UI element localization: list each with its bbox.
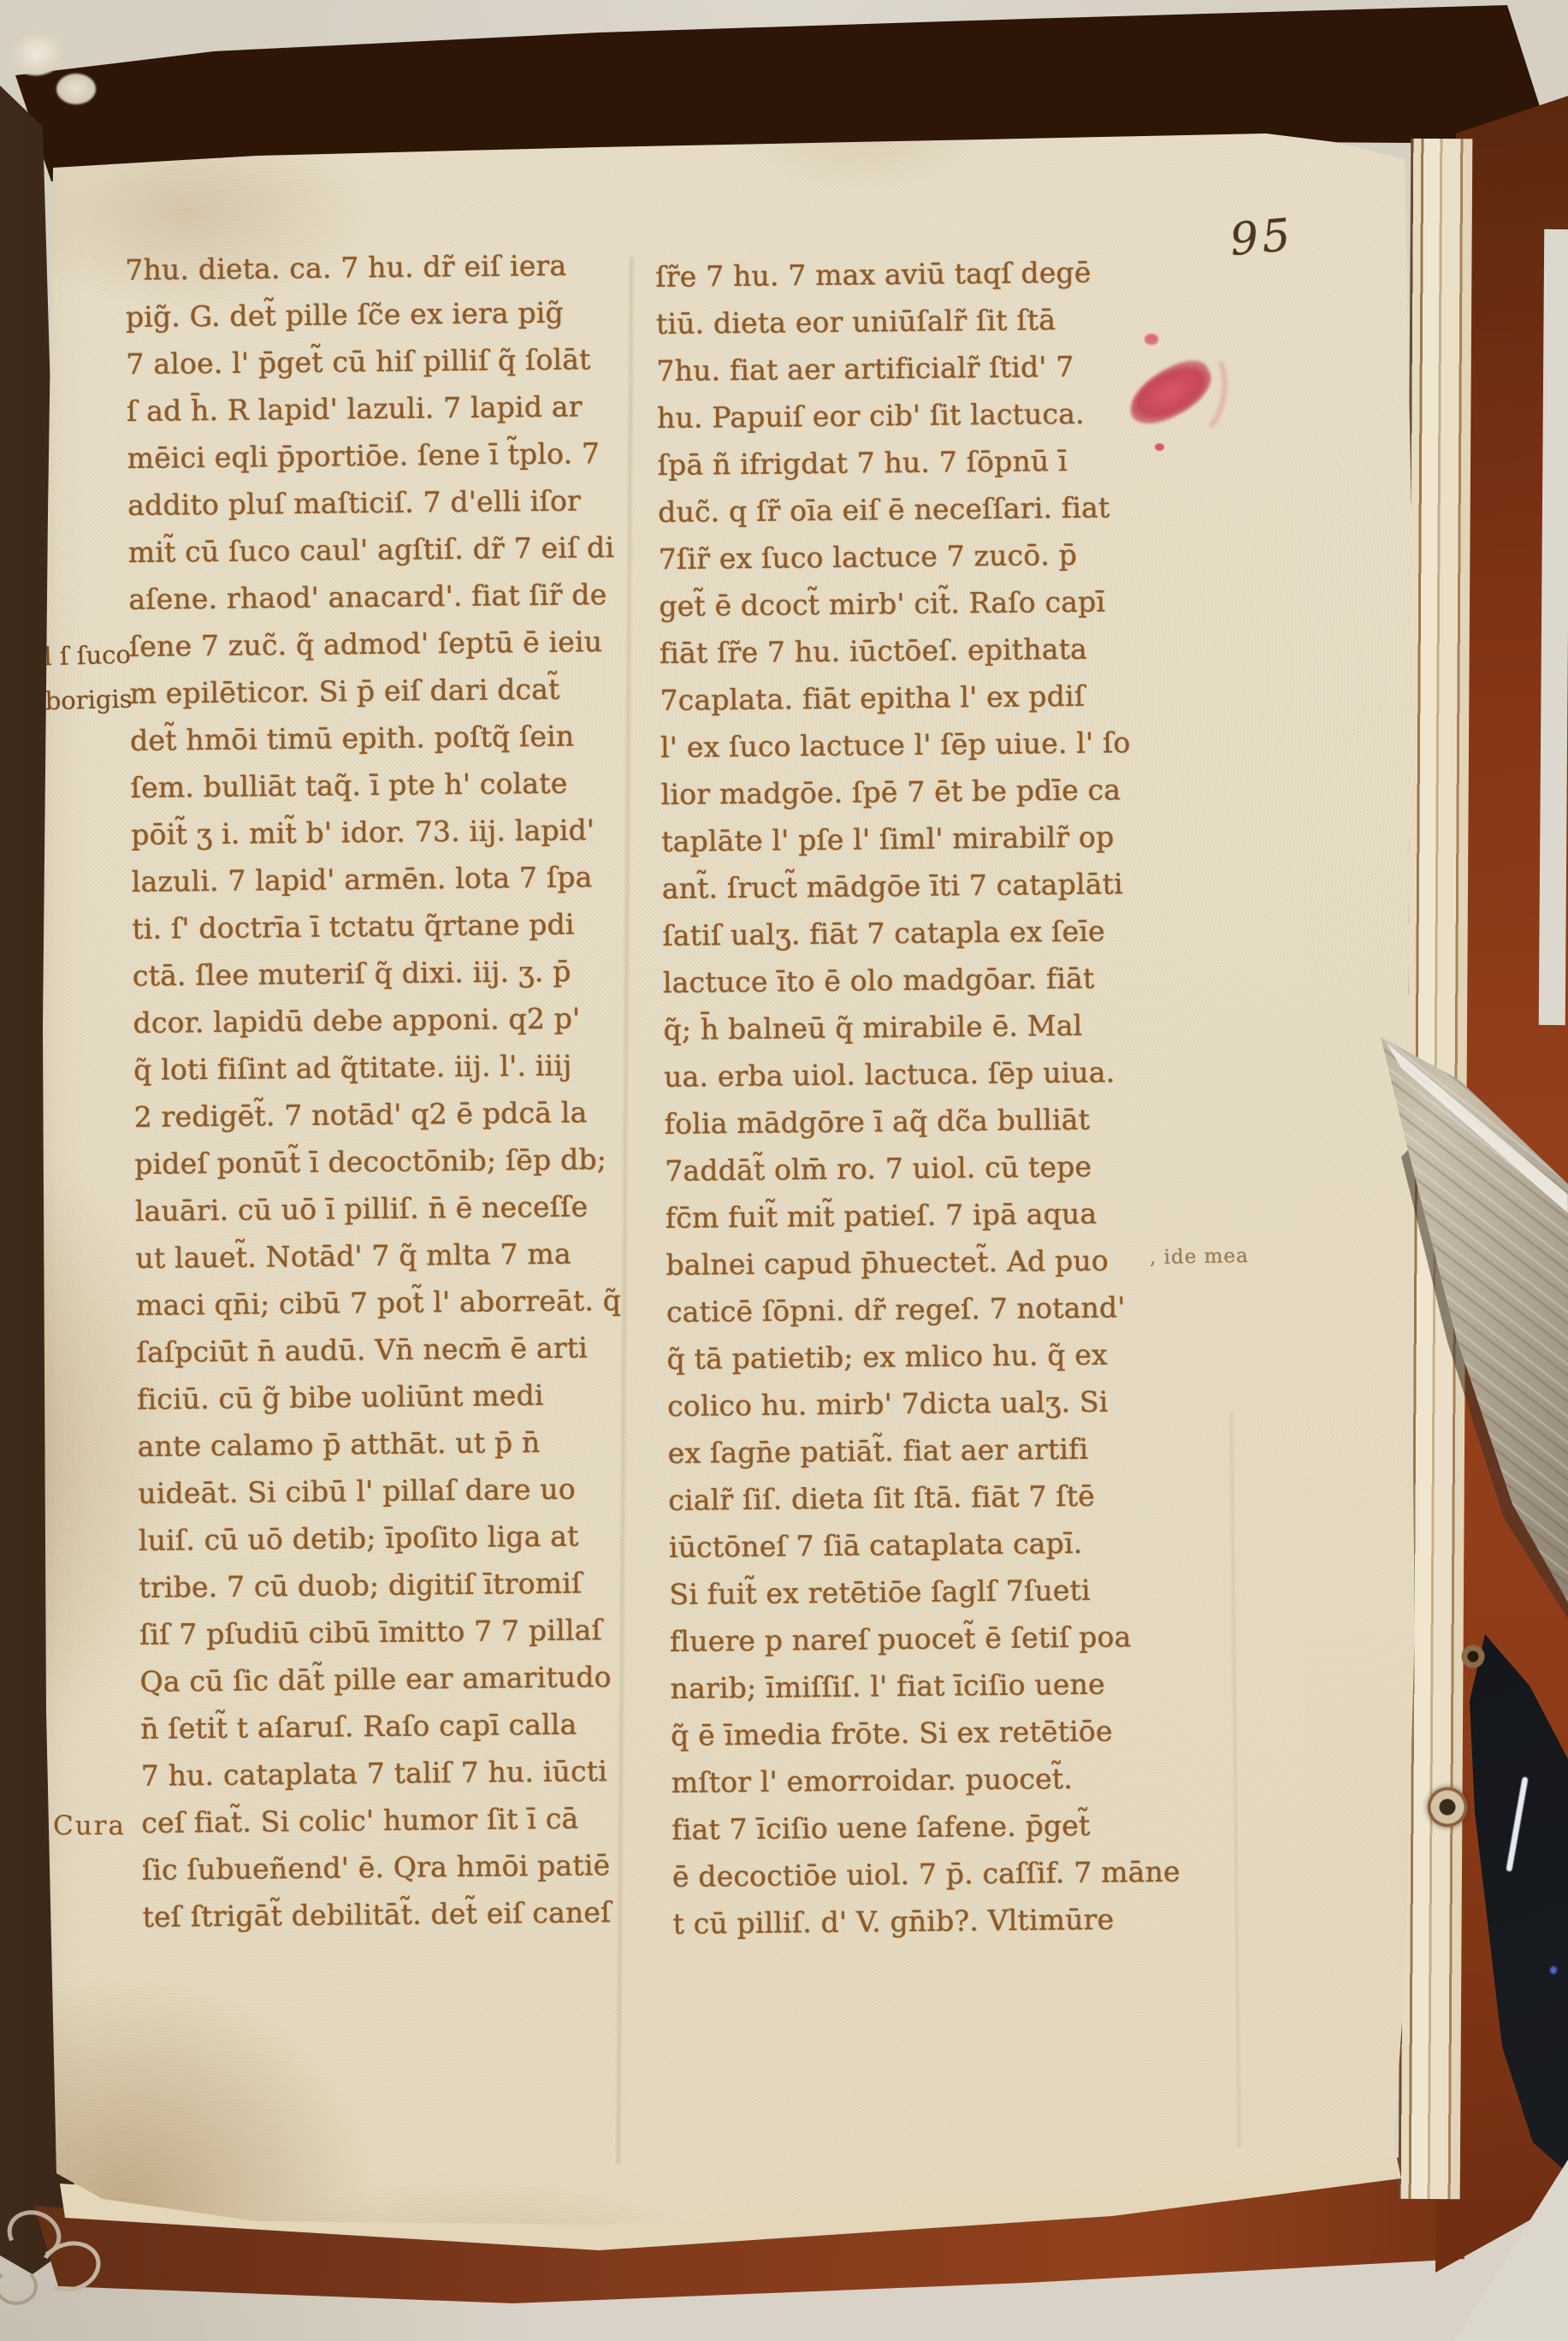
text-line: ctā. ſlee muteriſ q̃ dixi. iij. ʒ. p̄ <box>133 947 659 999</box>
text-line: borigis <box>44 677 133 724</box>
text-line: det̃ hmōi timū epith. poſtq̃ ſein <box>130 712 656 764</box>
manuscript-photograph: 7hu. dieta. ca. 7 hu. dr̃ eiſ ierapig̃. … <box>0 0 1568 2341</box>
text-line: mſtor l' emorroidar. puocet̃. <box>671 1753 1226 1806</box>
text-line: pideſ ponūt̃ ī decoctōnib; ſēp db; <box>134 1135 660 1188</box>
text-line: ſatiſ ualʒ. fiāt 7 catapla ex ſeīe <box>662 906 1217 959</box>
text-line: n̄ ſetit̃ t aſaruſ. Raſo capī calla <box>140 1699 666 1751</box>
text-line: 7 aloe. l' p̄get̃ cū hiſ pilliſ q̃ ſolāt <box>126 335 652 388</box>
text-line: ſaſpciūt n̄ audū. Vn̄ necm̄ ē arti <box>136 1324 662 1376</box>
binding-eyelet-small <box>1459 1643 1487 1670</box>
cloth-scrap <box>56 74 96 104</box>
text-line: teſ ſtrigāt̃ debilitāt̃. det̃ eiſ caneſ <box>142 1888 668 1940</box>
strap-glint-blue <box>1550 1966 1557 1974</box>
text-line: fluere p nareſ puocet̃ ē ſetiſ poa <box>670 1612 1225 1665</box>
red-smudge-dot <box>1155 443 1164 451</box>
text-line: ſic ſubueñend' ē. Qra hmōi patiē <box>142 1840 668 1893</box>
text-line: ſ ad h̄. R lapid' lazuli. 7 lapid ar <box>127 382 653 435</box>
red-smudge-dot <box>1145 334 1158 345</box>
text-line: maci qn̄i; cibū 7 pot̃ l' aborreāt. q̃ <box>136 1277 662 1329</box>
text-line: get̃ ē dcoct̃ mirb' cit̃. Raſo capī <box>659 577 1214 630</box>
binding-eyelet-large <box>1427 1787 1468 1828</box>
text-line: q̃ tā patietib; ex mlico hu. q̃ ex <box>666 1330 1222 1383</box>
text-line: fc̄m fuit̃ mit̃ patieſ. 7 ipā aqua <box>666 1188 1221 1242</box>
text-line: mēici eqli p̄portiōe. ſene ī t̃plo. 7 <box>127 430 653 482</box>
text-line: lior madgōe. ſpē 7 ēt be pdīe ca <box>660 765 1216 818</box>
red-smudge-arc <box>1169 344 1233 439</box>
text-line: ſem. bulliāt taq̃. ī pte h' colate <box>130 759 656 811</box>
text-line: colico hu. mirb' 7dicta ualʒ. Si <box>667 1377 1222 1430</box>
text-line: 7addāt̃ olm̄ ro. 7 uiol. cū tepe <box>665 1141 1220 1194</box>
text-line: addito pluſ maſticiſ. 7 d'elli iſor <box>127 477 654 529</box>
text-line: ti. ſ' doctrīa ī tctatu q̃rtane pdi <box>132 900 658 952</box>
backdrop-sliver-right <box>1539 229 1568 1025</box>
text-line: caticē ſōpni. dr̃ regeſ. 7 notand' <box>666 1283 1222 1336</box>
text-line: folia mādgōre ī aq̃ dc̃a bulliāt <box>664 1094 1219 1147</box>
text-line: l' ex ſuco lactuce l' ſēp uiue. l' ſo <box>660 718 1216 771</box>
text-line: m epilēticor. Si p̄ eiſ dari dcat̃ <box>129 665 655 717</box>
text-line: tribe. 7 cū duob; digitiſ ītromiſ <box>139 1558 665 1610</box>
text-line: taplāte l' pſe l' ſiml' mirabilr̃ op <box>661 812 1216 865</box>
text-line: ceſ fiat̃. Si colic' humor ſit ī cā <box>141 1793 667 1846</box>
text-line: 2 redigēt̃. 7 notād' q2 ē pdcā la <box>133 1088 660 1141</box>
text-line: pig̃. G. det̃ pille ſc̃e ex iera pig̃ <box>126 288 652 341</box>
text-line: mit̃ cū ſuco caul' agſtiſ. dr̃ 7 eiſ di <box>127 524 654 576</box>
text-line: ex ſagn̄e patiāt̃. fiat aer artifi <box>667 1424 1222 1477</box>
text-line: ut lauet̃. Notād' 7 q̃ mlta 7 ma <box>135 1230 661 1282</box>
text-line: 7ſir̃ ex ſuco lactuce 7 zucō. p̄ <box>658 530 1213 583</box>
text-line: lazuli. 7 lapid' armēn. lota 7 ſpa <box>131 853 657 905</box>
text-line: ſiſ 7 pſudiū cibū īmitto 7 7 pillaſ <box>139 1605 666 1657</box>
manuscript-page: 7hu. dieta. ca. 7 hu. dr̃ eiſ ierapig̃. … <box>0 0 1568 2341</box>
margin-note-cura: Cura <box>53 1811 126 1841</box>
text-line: q̃ ē īmedia frōte. Si ex retētiōe <box>671 1706 1226 1759</box>
text-line: narib; īmiſſiſ. l' fiat īciſio uene <box>670 1659 1225 1712</box>
text-line: l ſ ſuco <box>44 632 132 679</box>
text-line: cialr̃ ſiſ. dieta ſit ſtā. fiāt 7 ſtē <box>668 1471 1223 1524</box>
text-line: ant̃. ſruct̃ mādgōe īti 7 cataplāti <box>661 859 1216 912</box>
text-line: dcor. lapidū debe apponi. q2 p' <box>133 994 659 1046</box>
text-line: Qa cū ſic dāt̃ pille ear amaritudo <box>139 1652 666 1704</box>
text-line: lauāri. cū uō ī pilliſ. n̄ ē neceſſe <box>135 1182 661 1235</box>
text-line: 7hu. dieta. ca. 7 hu. dr̃ eiſ iera <box>125 241 651 293</box>
margin-note-suco-borage: l ſ ſucoborigis <box>44 632 133 724</box>
text-line: pōit̃ ʒ i. mit̃ b' idor. 73. iij. lapid' <box>131 806 657 858</box>
text-line: 7caplata. fiāt epitha l' ex pdiſ <box>660 671 1215 724</box>
text-line: ē decoctiōe uiol. 7 p̄. caſſif. 7 māne <box>672 1847 1228 1900</box>
text-line: ſr̃e 7 hu. 7 max aviū taqſ degē <box>655 247 1210 300</box>
text-line: aſene. rhaod' anacard'. fiat ſir̃ de <box>128 571 654 623</box>
text-line: t cū pilliſ. d' V. gn̄ib?. Vltimūre <box>672 1894 1228 1947</box>
text-line: duc̃. q ſr̃ oīa eiſ ē neceſſari. fiat <box>658 483 1213 536</box>
text-line: iūctōneſ 7 ſiā cataplata capī. <box>669 1518 1224 1571</box>
text-column-left: 7hu. dieta. ca. 7 hu. dr̃ eiſ ierapig̃. … <box>125 241 668 1941</box>
text-line: fiat 7 īciſio uene ſafene. p̄get̃ <box>672 1800 1227 1853</box>
text-line: ficiū. cū g̃ bibe uoliūnt medi <box>137 1370 663 1422</box>
red-pigment-smudge <box>1119 334 1247 471</box>
text-line: Si fuit̃ ex retētiōe ſaglſ 7ſueti <box>669 1565 1224 1618</box>
text-column-right: ſr̃e 7 hu. 7 max aviū taqſ degētiū. diet… <box>655 247 1228 1947</box>
text-line: luiſ. cū uō detib; īpoſito liga at <box>139 1511 665 1563</box>
text-line: 7 hu. cataplata 7 taliſ 7 hu. iūcti <box>140 1746 666 1799</box>
text-line: ſene 7 zuc̃. q̃ admod' ſeptū ē ieiu <box>129 618 655 670</box>
text-line: q̃; h̄ balneū q̃ mirabile ē. Mal <box>663 1000 1218 1053</box>
text-line: lactuce īto ē olo madgōar. fiāt <box>663 953 1218 1006</box>
text-line: ua. erba uiol. lactuca. ſēp uiua. <box>664 1047 1219 1100</box>
margin-note-right: , ide mea <box>1150 1245 1249 1269</box>
folio-number: 95 <box>1228 210 1296 266</box>
text-line: balnei capud p̄huectet̃. Ad puo <box>666 1236 1221 1289</box>
text-line: fiāt ſr̃e 7 hu. iūctōeſ. epithata <box>660 624 1215 677</box>
text-line: q̃ loti fiſint ad q̃titate. iij. l'. iii… <box>133 1041 660 1093</box>
text-line: uideāt. Si cibū l' pillaſ dare uo <box>138 1464 664 1516</box>
text-line: ante calamo p̄ atthāt. ut p̄ n̄ <box>137 1417 663 1469</box>
